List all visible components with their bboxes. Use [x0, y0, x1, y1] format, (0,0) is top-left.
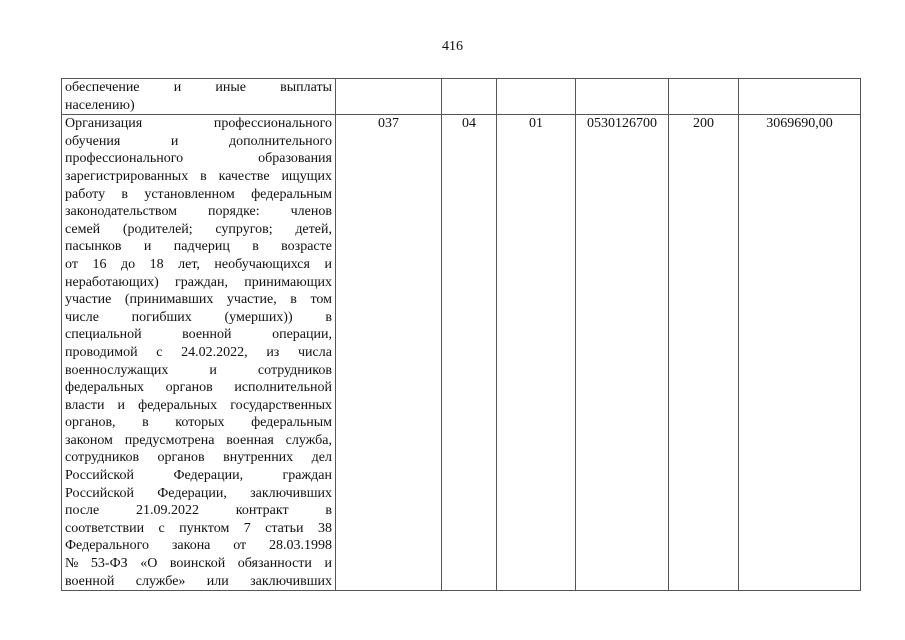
section-cell: 04 [442, 115, 497, 591]
description-line: после21.09.2022контрактв [65, 502, 332, 520]
expense-type-cell [669, 79, 739, 115]
description-line: специальнойвоеннойоперации, [65, 326, 332, 344]
page-number: 416 [0, 38, 905, 56]
description-line: участие(принимавшихучастие,втом [65, 291, 332, 309]
amount-cell [739, 79, 861, 115]
description-line: неработающих)граждан,принимающих [65, 274, 332, 292]
description-line: проводимойс24.02.2022,изчисла [65, 344, 332, 362]
subsection-cell [497, 79, 576, 115]
description-cell: Организацияпрофессиональногообученияидоп… [62, 115, 336, 591]
description-line: семей(родителей;супругов;детей, [65, 221, 332, 239]
description-line: населению) [65, 97, 332, 115]
description-line: числепогибших(умерших))в [65, 309, 332, 327]
description-line: органов,вкоторыхфедеральным [65, 414, 332, 432]
target-article-cell [576, 79, 669, 115]
description-line: властиифедеральныхгосударственных [65, 397, 332, 415]
table-row: Организацияпрофессиональногообученияидоп… [62, 115, 861, 591]
expense-type-cell: 200 [669, 115, 739, 591]
description-line: пасынковипадчерицввозрасте [65, 238, 332, 256]
ministry-code-cell: 037 [336, 115, 442, 591]
description-line: зарегистрированныхвкачествеищущих [65, 168, 332, 186]
description-cell: обеспечениеииныевыплатынаселению) [62, 79, 336, 115]
description-line: закономпредусмотренавоеннаяслужба, [65, 432, 332, 450]
description-line: соответствииспунктом7статьи38 [65, 520, 332, 538]
description-line: обеспечениеииныевыплаты [65, 79, 332, 97]
target-article-cell: 0530126700 [576, 115, 669, 591]
amount-cell: 3069690,00 [739, 115, 861, 591]
table-row: обеспечениеииныевыплатынаселению) [62, 79, 861, 115]
description-line: сотрудниковоргановвнутреннихдел [65, 449, 332, 467]
description-line: военнойслужбе»илизаключивших [65, 573, 332, 591]
description-line: федеральныхоргановисполнительной [65, 379, 332, 397]
description-line: РоссийскойФедерации,заключивших [65, 485, 332, 503]
section-cell [442, 79, 497, 115]
description-line: Организацияпрофессионального [65, 115, 332, 133]
ministry-code-cell [336, 79, 442, 115]
description-line: от16до18лет,необучающихсяи [65, 256, 332, 274]
subsection-cell: 01 [497, 115, 576, 591]
description-line: Федеральногозаконаот28.03.1998 [65, 537, 332, 555]
description-line: законодательствомпорядке:членов [65, 203, 332, 221]
description-line: работувустановленномфедеральным [65, 186, 332, 204]
budget-table: обеспечениеииныевыплатынаселению) Органи… [61, 78, 861, 591]
description-line: военнослужащихисотрудников [65, 362, 332, 380]
description-line: РоссийскойФедерации,граждан [65, 467, 332, 485]
description-line: профессиональногообразования [65, 150, 332, 168]
description-line: №53-ФЗ«Овоинскойобязанностии [65, 555, 332, 573]
description-line: обученияидополнительного [65, 133, 332, 151]
